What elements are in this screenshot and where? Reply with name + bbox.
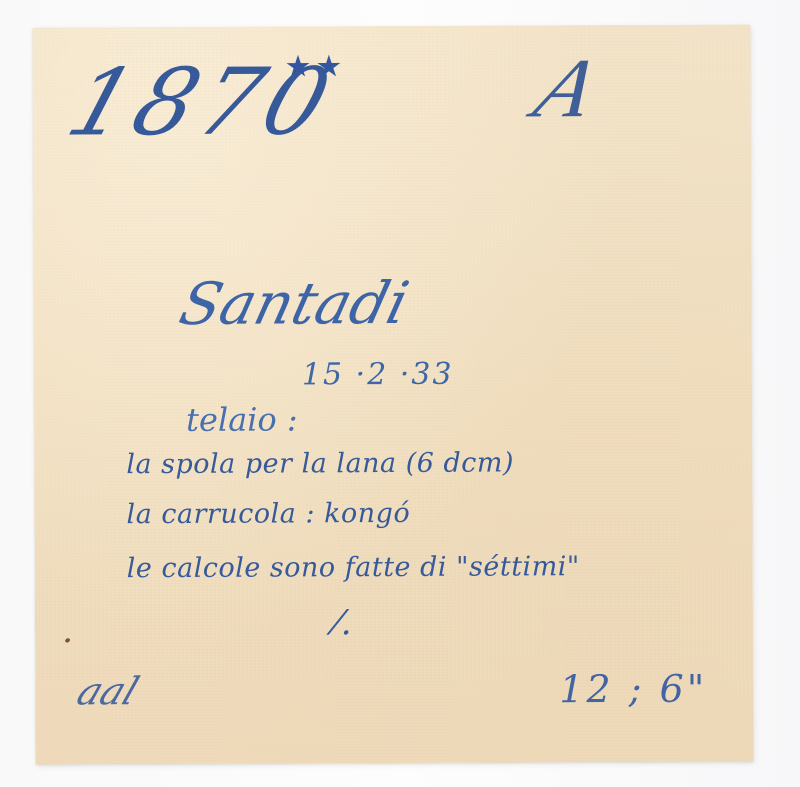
note-line: la carrucola : kongó [126, 500, 410, 528]
note-line: le calcole sono fatte di "séttimi" [127, 553, 580, 582]
paper-stain [64, 637, 70, 643]
duration-value: 12 ; 6" [559, 670, 707, 709]
initials-signature: aal [72, 672, 143, 710]
note-line: la spola per la lana (6 dcm) [126, 449, 514, 478]
star-marks-icon: ★★ [285, 52, 347, 82]
fraction-mark: ⁄. [335, 606, 352, 640]
date: 15 ·2 ·33 [302, 360, 454, 391]
series-letter: A [524, 47, 609, 131]
section-heading: telaio : [186, 403, 298, 435]
photo-stage: 1870 ★★ A Santadi 15 ·2 ·33 telaio : la … [0, 0, 800, 787]
index-card: 1870 ★★ A Santadi 15 ·2 ·33 telaio : la … [32, 24, 753, 764]
place-name: Santadi [174, 274, 413, 333]
